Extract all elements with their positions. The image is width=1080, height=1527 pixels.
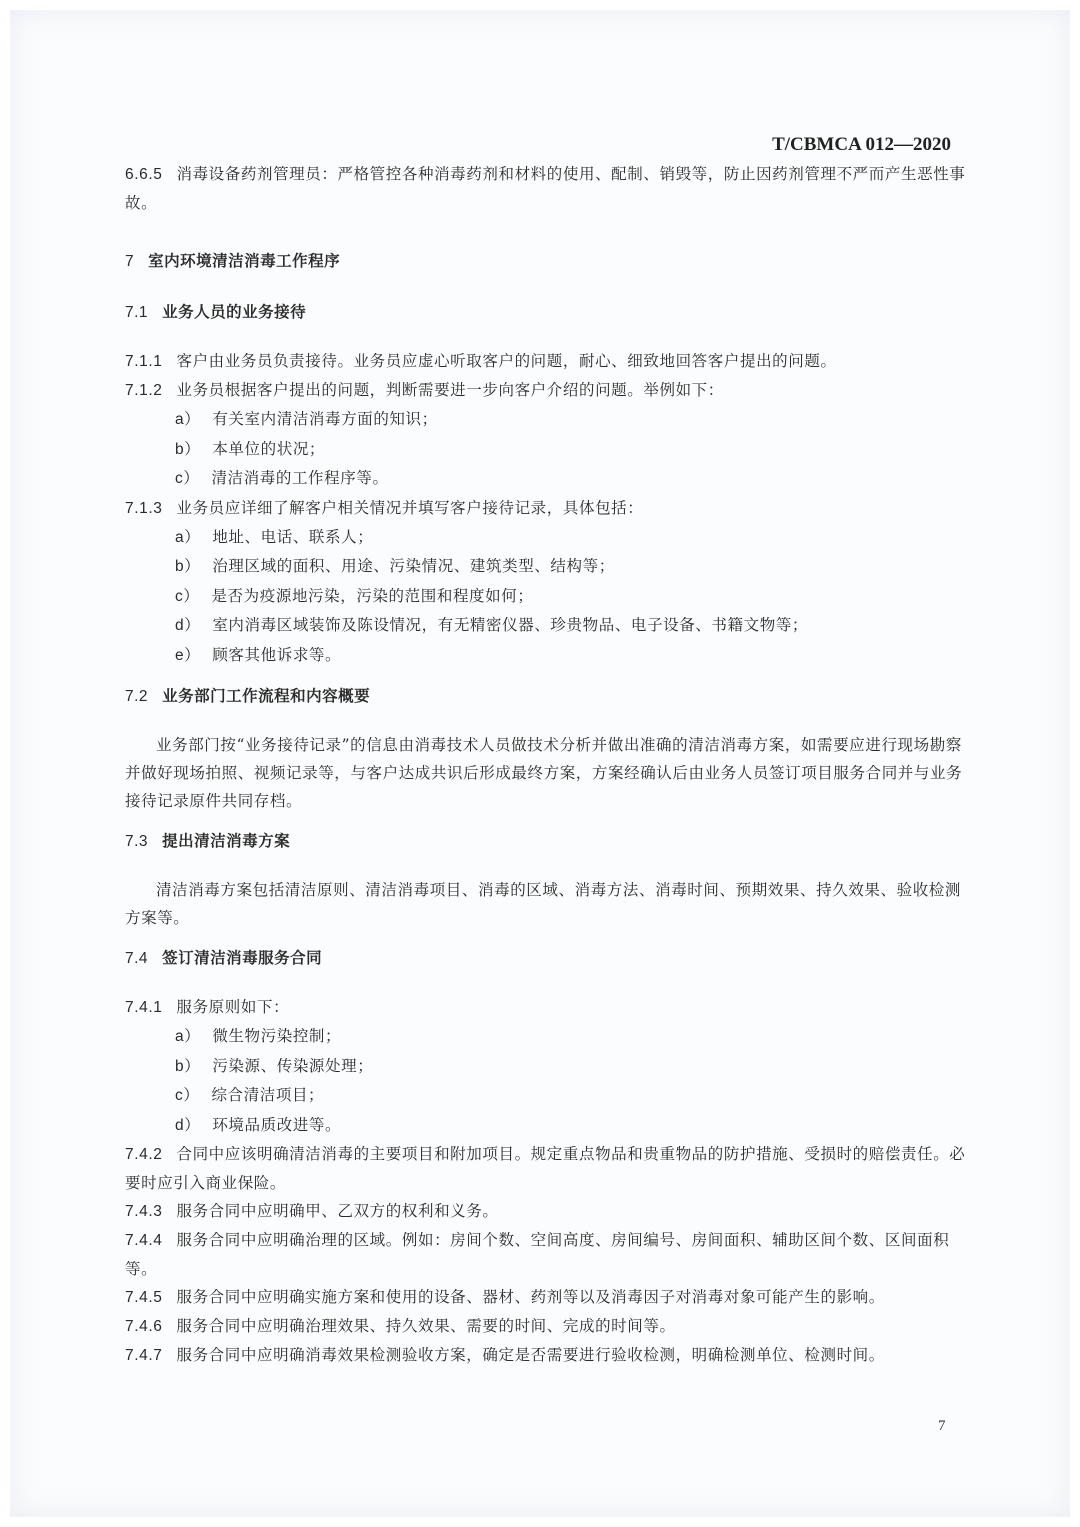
clause-text: 服务合同中应明确甲、乙双方的权利和义务。	[176, 1202, 498, 1220]
section-7-3-heading: 7.3提出清洁消毒方案	[125, 827, 975, 856]
item-text: 顾客其他诉求等。	[212, 646, 341, 664]
section-7-2-body: 业务部门按“业务接待记录”的信息由消毒技术人员做技术分析并做出准确的清洁消毒方案…	[125, 731, 975, 815]
section-7-1-heading: 7.1业务人员的业务接待	[125, 298, 975, 327]
list-item: a）有关室内清洁消毒方面的知识；	[125, 405, 975, 435]
list-item: c）清洁消毒的工作程序等。	[125, 464, 975, 494]
section-title: 提出清洁消毒方案	[162, 832, 290, 850]
item-text: 清洁消毒的工作程序等。	[211, 469, 388, 487]
item-text: 污染源、传染源处理；	[212, 1057, 373, 1075]
clause-7-4-4: 7.4.4服务合同中应明确治理的区域。例如：房间个数、空间高度、房间编号、房间面…	[125, 1226, 975, 1283]
list-item: a）地址、电话、联系人；	[125, 523, 975, 553]
section-number: 7.1	[125, 304, 148, 321]
standard-code: T/CBMCA 012—2020	[772, 134, 951, 156]
item-text: 本单位的状况；	[212, 440, 325, 458]
document-page: T/CBMCA 012—2020 6.6.5消毒设备药剂管理员：严格管控各种消毒…	[10, 10, 1070, 1517]
clause-number: 7.1.3	[125, 500, 162, 517]
section-number: 7.4	[125, 950, 148, 967]
item-text: 有关室内清洁消毒方面的知识；	[212, 410, 437, 428]
clause-text: 业务员应详细了解客户相关情况并填写客户接待记录，具体包括：	[176, 499, 643, 517]
list-item: b）污染源、传染源处理；	[125, 1052, 975, 1082]
section-7-heading: 7室内环境清洁消毒工作程序	[125, 247, 975, 276]
clause-text: 服务合同中应明确消毒效果检测验收方案，确定是否需要进行验收检测，明确检测单位、检…	[176, 1346, 884, 1364]
section-7-2-heading: 7.2业务部门工作流程和内容概要	[125, 682, 975, 711]
list-item: a）微生物污染控制；	[125, 1022, 975, 1052]
clause-7-1-1: 7.1.1客户由业务员负责接待。业务员应虚心听取客户的问题，耐心、细致地回答客户…	[125, 347, 975, 376]
item-label: d）	[175, 1117, 200, 1134]
clause-number: 7.1.1	[125, 353, 162, 370]
clause-text: 服务合同中应明确实施方案和使用的设备、器材、药剂等以及消毒因子对消毒对象可能产生…	[176, 1288, 884, 1306]
section-title: 业务部门工作流程和内容概要	[162, 687, 370, 705]
clause-text: 合同中应该明确清洁消毒的主要项目和附加项目。规定重点物品和贵重物品的防护措施、受…	[125, 1145, 965, 1192]
item-text: 治理区域的面积、用途、污染情况、建筑类型、结构等；	[212, 557, 615, 575]
clause-7-4-2: 7.4.2合同中应该明确清洁消毒的主要项目和附加项目。规定重点物品和贵重物品的防…	[125, 1140, 975, 1197]
clause-number: 7.4.4	[125, 1232, 162, 1249]
clause-number: 7.1.2	[125, 382, 162, 399]
section-7-4-heading: 7.4签订清洁消毒服务合同	[125, 944, 975, 973]
clause-text: 客户由业务员负责接待。业务员应虚心听取客户的问题，耐心、细致地回答客户提出的问题…	[176, 352, 836, 370]
item-label: c）	[175, 588, 199, 605]
clause-text: 业务员根据客户提出的问题，判断需要进一步向客户介绍的问题。举例如下：	[176, 381, 723, 399]
item-label: e）	[175, 647, 200, 664]
item-label: b）	[175, 1058, 200, 1075]
list-item: c）综合清洁项目；	[125, 1081, 975, 1111]
clause-text: 服务原则如下：	[176, 998, 289, 1016]
page-number: 7	[938, 1418, 946, 1435]
clause-7-4-5: 7.4.5服务合同中应明确实施方案和使用的设备、器材、药剂等以及消毒因子对消毒对…	[125, 1283, 975, 1312]
clause-number: 7.4.6	[125, 1318, 162, 1335]
item-label: a）	[175, 1028, 200, 1045]
clause-6-6-5: 6.6.5消毒设备药剂管理员：严格管控各种消毒药剂和材料的使用、配制、销毁等，防…	[125, 160, 975, 217]
section-number: 7.3	[125, 833, 148, 850]
item-text: 微生物污染控制；	[212, 1027, 341, 1045]
clause-7-4-3: 7.4.3服务合同中应明确甲、乙双方的权利和义务。	[125, 1197, 975, 1226]
clause-7-4-7: 7.4.7服务合同中应明确消毒效果检测验收方案，确定是否需要进行验收检测，明确检…	[125, 1341, 975, 1370]
list-item: d）室内消毒区域装饰及陈设情况，有无精密仪器、珍贵物品、电子设备、书籍文物等；	[125, 611, 975, 641]
section-title: 室内环境清洁消毒工作程序	[148, 252, 340, 270]
clause-text: 消毒设备药剂管理员：严格管控各种消毒药剂和材料的使用、配制、销毁等，防止因药剂管…	[125, 165, 965, 212]
item-label: b）	[175, 441, 200, 458]
clause-7-1-3: 7.1.3业务员应详细了解客户相关情况并填写客户接待记录，具体包括：	[125, 494, 975, 523]
section-7-3-body: 清洁消毒方案包括清洁原则、清洁消毒项目、消毒的区域、消毒方法、消毒时间、预期效果…	[125, 876, 975, 932]
list-item: e）顾客其他诉求等。	[125, 641, 975, 671]
item-text: 综合清洁项目；	[211, 1086, 324, 1104]
clause-number: 7.4.3	[125, 1203, 162, 1220]
clause-number: 7.4.1	[125, 999, 162, 1016]
list-item: c）是否为疫源地污染，污染的范围和程度如何；	[125, 582, 975, 612]
clause-number: 7.4.2	[125, 1146, 162, 1163]
item-label: d）	[175, 617, 200, 634]
clause-text: 服务合同中应明确治理的区域。例如：房间个数、空间高度、房间编号、房间面积、辅助区…	[125, 1231, 949, 1278]
item-label: c）	[175, 470, 199, 487]
clause-text: 服务合同中应明确治理效果、持久效果、需要的时间、完成的时间等。	[176, 1317, 675, 1335]
item-label: c）	[175, 1087, 199, 1104]
item-text: 是否为疫源地污染，污染的范围和程度如何；	[211, 587, 533, 605]
clause-7-4-1: 7.4.1服务原则如下：	[125, 993, 975, 1022]
item-label: a）	[175, 529, 200, 546]
list-item: b）治理区域的面积、用途、污染情况、建筑类型、结构等；	[125, 552, 975, 582]
document-body: 6.6.5消毒设备药剂管理员：严格管控各种消毒药剂和材料的使用、配制、销毁等，防…	[125, 160, 975, 1370]
section-number: 7	[125, 253, 134, 270]
clause-number: 7.4.5	[125, 1289, 162, 1306]
list-item: b）本单位的状况；	[125, 435, 975, 465]
section-number: 7.2	[125, 688, 148, 705]
item-label: b）	[175, 558, 200, 575]
clause-number: 7.4.7	[125, 1347, 162, 1364]
item-text: 室内消毒区域装饰及陈设情况，有无精密仪器、珍贵物品、电子设备、书籍文物等；	[212, 616, 808, 634]
section-title: 业务人员的业务接待	[162, 303, 306, 321]
list-item: d）环境品质改进等。	[125, 1111, 975, 1141]
section-title: 签订清洁消毒服务合同	[162, 949, 322, 967]
item-text: 环境品质改进等。	[212, 1116, 341, 1134]
item-text: 地址、电话、联系人；	[212, 528, 373, 546]
clause-7-4-6: 7.4.6服务合同中应明确治理效果、持久效果、需要的时间、完成的时间等。	[125, 1312, 975, 1341]
item-label: a）	[175, 411, 200, 428]
clause-number: 6.6.5	[125, 166, 162, 183]
clause-7-1-2: 7.1.2业务员根据客户提出的问题，判断需要进一步向客户介绍的问题。举例如下：	[125, 376, 975, 405]
